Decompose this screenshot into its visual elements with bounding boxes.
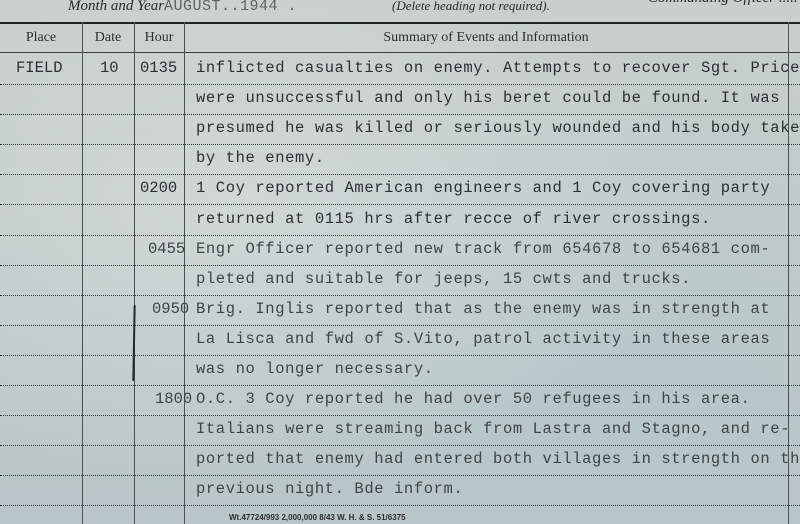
entry-summary-line: by the enemy.: [196, 143, 325, 173]
printer-imprint: Wt.47724/993 2,000,000 8/43 W. H. & S. 5…: [229, 513, 406, 522]
war-diary-page: Month and Year AUGUST..1944 . (Delete he…: [0, 0, 800, 524]
entry-summary-line: was no longer necessary.: [196, 354, 434, 384]
entry-summary-line: O.C. 3 Coy reported he had over 50 refug…: [196, 384, 750, 414]
commanding-officer-label: Commanding Officer .....: [648, 0, 798, 7]
column-header-date: Date: [82, 24, 134, 52]
entry-summary-line: returned at 0115 hrs after recce of rive…: [196, 204, 711, 234]
column-header-hour: Hour: [134, 24, 184, 52]
pencil-margin-mark: [132, 305, 135, 381]
form-heading: Month and Year AUGUST..1944 . (Delete he…: [0, 0, 800, 20]
entry-hour: 0200: [140, 173, 177, 203]
entry-summary-line: ported that enemy had entered both villa…: [196, 444, 800, 474]
column-divider: [134, 22, 135, 524]
entry-summary-line: Italians were streaming back from Lastra…: [196, 414, 790, 444]
entry-hour: 0950: [152, 294, 189, 324]
entry-summary-line: previous night. Bde inform.: [196, 474, 463, 504]
entry-summary-line: Engr Officer reported new track from 654…: [196, 234, 770, 264]
entry-summary-line: presumed he was killed or seriously woun…: [196, 113, 800, 143]
entry-summary-line: Brig. Inglis reported that as the enemy …: [196, 294, 770, 324]
entry-hour: 0135: [140, 53, 177, 83]
month-year-label: Month and Year: [68, 0, 164, 15]
entry-hour: 0455: [148, 234, 185, 264]
column-divider: [82, 22, 83, 524]
column-header-summary: Summary of Events and Information: [184, 24, 788, 52]
row-rule: [0, 505, 800, 506]
entry-summary-line: La Lisca and fwd of S.Vito, patrol activ…: [196, 324, 770, 354]
entry-summary-line: inflicted casualties on enemy. Attempts …: [196, 53, 800, 83]
entry-summary-line: 1 Coy reported American engineers and 1 …: [196, 173, 770, 203]
column-header-place: Place: [0, 24, 82, 52]
entry-place: FIELD: [16, 53, 63, 83]
delete-heading-note: (Delete heading not required).: [392, 0, 550, 14]
column-divider: [184, 22, 185, 524]
entry-summary-line: pleted and suitable for jeeps, 15 cwts a…: [196, 264, 691, 294]
month-year-value: AUGUST..1944 .: [164, 0, 297, 15]
entry-hour: 1800: [155, 384, 192, 414]
entry-date: 10: [100, 53, 119, 83]
row-rule: [0, 144, 800, 145]
entry-summary-line: were unsuccessful and only his beret cou…: [196, 83, 780, 113]
